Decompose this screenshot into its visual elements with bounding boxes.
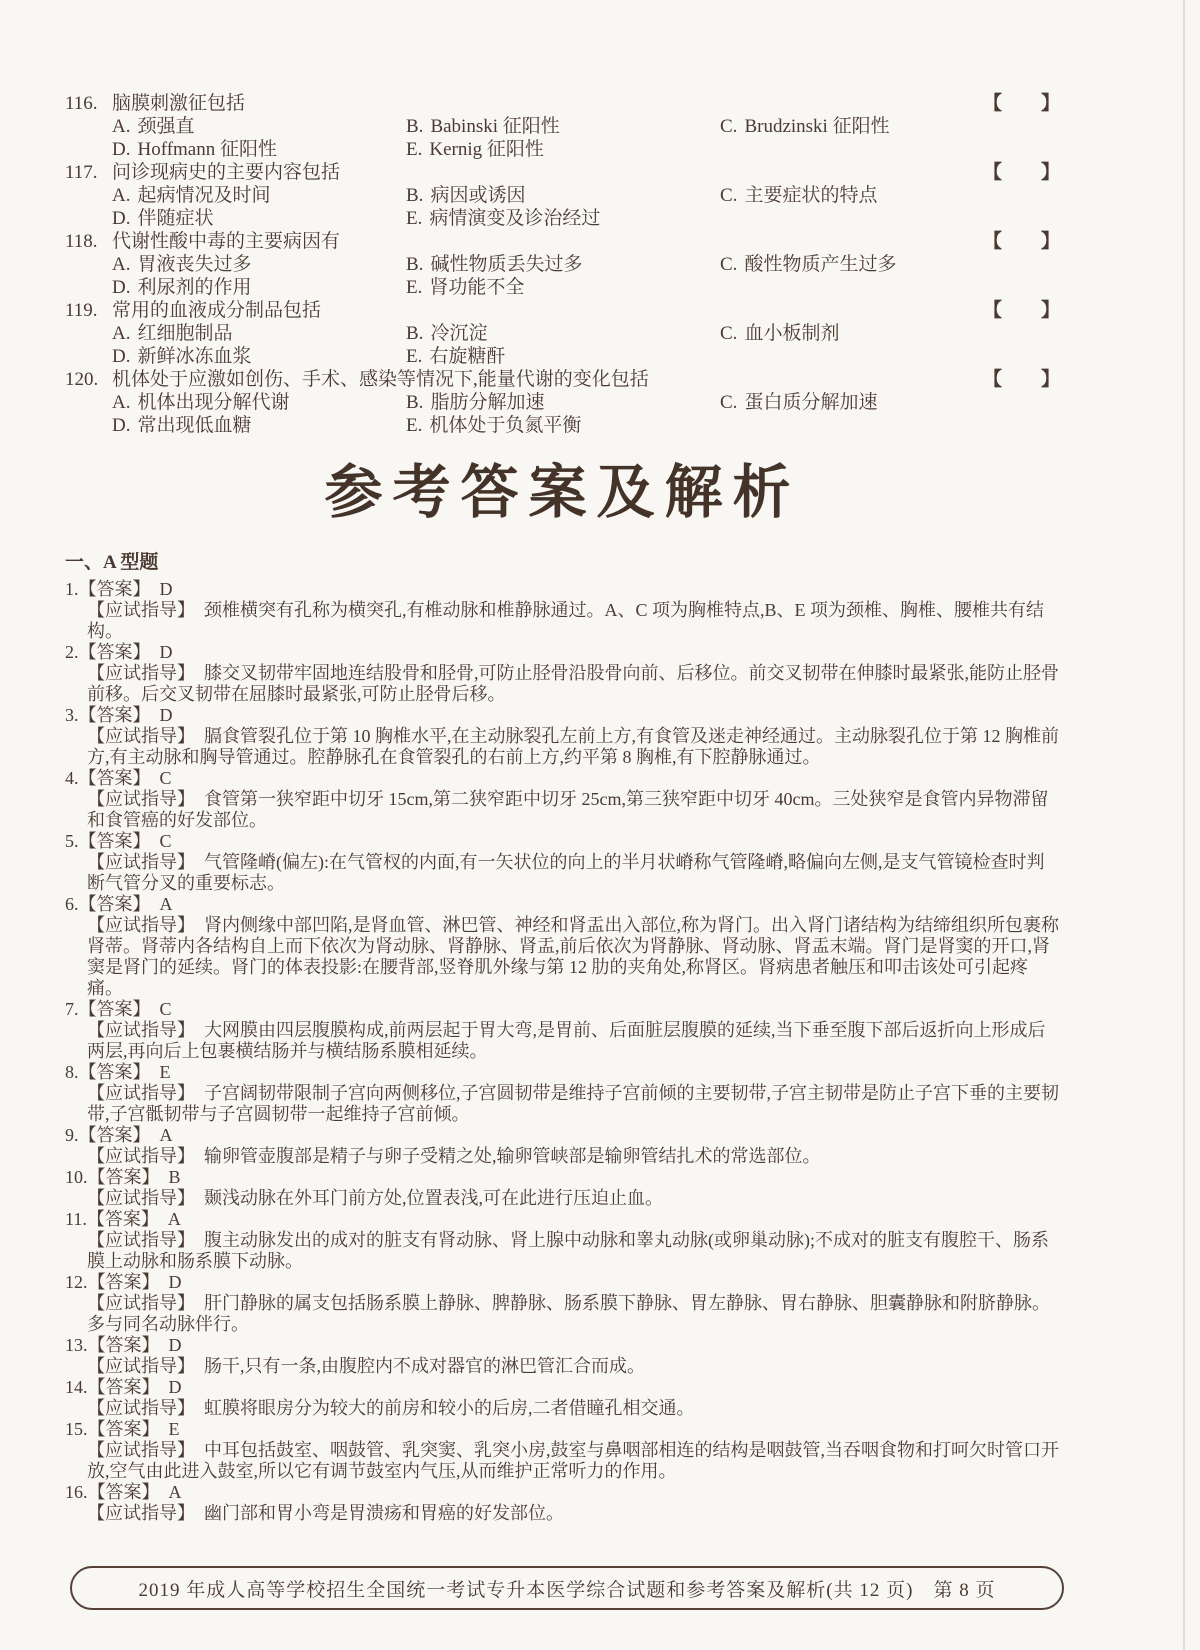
option-text: 冷沉淀 [430, 323, 487, 344]
answer-label: 【答案】 [88, 1167, 160, 1187]
questions-section: 116.脑膜刺激征包括 【 】 A.颈强直 B.Babinski 征阳性 C.B… [65, 92, 1060, 437]
footer-text: 2019 年成人高等学校招生全国统一考试专升本医学综合试题和参考答案及解析(共 … [139, 1575, 996, 1602]
option-text: 胃液丧失过多 [137, 254, 251, 275]
question-item: 118.代谢性酸中毒的主要病因有 【 】 A.胃液丧失过多 B.碱性物质丢失过多… [65, 230, 1060, 299]
question-option: E.右旋糖酐 [406, 345, 720, 368]
question-option: C.主要症状的特点 [720, 184, 1060, 207]
question-option: E.病情演变及诊治经过 [406, 207, 720, 230]
question-options: A.颈强直 B.Babinski 征阳性 C.Brudzinski 征阳性 D.… [112, 115, 1060, 161]
answer-line: 9.【答案】A [65, 1125, 1060, 1146]
answer-letter: D [169, 1272, 182, 1292]
bracket-close-mark: 】 [1041, 230, 1060, 253]
guide-line: 【应试指导】肝门静脉的属支包括肠系膜上静脉、脾静脉、肠系膜下静脉、胃左静脉、胃右… [65, 1293, 1060, 1335]
answer-letter: D [160, 579, 173, 599]
guide-label: 【应试指导】 [87, 1503, 195, 1523]
option-label: E. [406, 277, 422, 298]
guide-label: 【应试指导】 [87, 789, 195, 809]
option-label: A. [112, 116, 130, 137]
question-option: A.胃液丧失过多 [112, 253, 406, 276]
guide-text: 肝门静脉的属支包括肠系膜上静脉、脾静脉、肠系膜下静脉、胃左静脉、胃右静脉、胆囊静… [87, 1293, 1050, 1334]
guide-text: 膝交叉韧带牢固地连结股骨和胫骨,可防止胫骨沿股骨向前、后移位。前交叉韧带在伸膝时… [87, 663, 1059, 704]
question-option: A.机体出现分解代谢 [112, 391, 406, 414]
bracket-open-mark: 【 [983, 368, 1002, 391]
answer-letter: D [160, 642, 173, 662]
answer-line: 14.【答案】D [65, 1377, 1060, 1398]
answer-label: 【答案】 [79, 705, 151, 725]
question-item: 119.常用的血液成分制品包括 【 】 A.红细胞制品 B.冷沉淀 C.血小板制… [65, 299, 1060, 368]
bracket-close-mark: 】 [1041, 368, 1060, 391]
answer-letter: B [169, 1167, 181, 1187]
answer-brackets: 【 】 [983, 161, 1060, 184]
question-option: B.碱性物质丢失过多 [406, 253, 720, 276]
guide-label: 【应试指导】 [87, 726, 195, 746]
question-option: C.血小板制剂 [720, 322, 1060, 345]
guide-label: 【应试指导】 [87, 1083, 195, 1103]
answer-label: 【答案】 [88, 1377, 160, 1397]
question-item: 117.问诊现病史的主要内容包括 【 】 A.起病情况及时间 B.病因或诱因 C… [65, 161, 1060, 230]
answer-item: 14.【答案】D 【应试指导】虹膜将眼房分为较大的前房和较小的后房,二者借瞳孔相… [65, 1377, 1060, 1419]
answer-item: 15.【答案】E 【应试指导】中耳包括鼓室、咽鼓管、乳突窦、乳突小房,鼓室与鼻咽… [65, 1419, 1060, 1482]
guide-text: 幽门部和胃小弯是胃溃疡和胃癌的好发部位。 [204, 1503, 564, 1523]
answer-label: 【答案】 [88, 1419, 160, 1439]
answer-item: 12.【答案】D 【应试指导】肝门静脉的属支包括肠系膜上静脉、脾静脉、肠系膜下静… [65, 1272, 1060, 1335]
guide-text: 输卵管壶腹部是精子与卵子受精之处,输卵管峡部是输卵管结扎术的常选部位。 [204, 1146, 821, 1166]
question-option: D.利尿剂的作用 [112, 276, 406, 299]
answer-number: 6. [65, 894, 79, 914]
answer-brackets: 【 】 [983, 92, 1060, 115]
option-label: E. [406, 346, 422, 367]
option-label: B. [406, 116, 423, 137]
guide-line: 【应试指导】气管隆嵴(偏左):在气管杈的内面,有一矢状位的向上的半月状嵴称气管隆… [65, 852, 1060, 894]
question-option: B.病因或诱因 [406, 184, 720, 207]
option-text: 颈强直 [137, 116, 194, 137]
answer-letter: A [160, 894, 173, 914]
answer-number: 12. [65, 1272, 88, 1292]
option-text: 主要症状的特点 [744, 185, 877, 206]
guide-label: 【应试指导】 [87, 1440, 195, 1460]
question-stem-row: 120.机体处于应激如创伤、手术、感染等情况下,能量代谢的变化包括 【 】 [65, 368, 1060, 391]
document-page: 116.脑膜刺激征包括 【 】 A.颈强直 B.Babinski 征阳性 C.B… [0, 0, 1200, 1650]
answer-line: 10.【答案】B [65, 1167, 1060, 1188]
guide-text: 食管第一狭窄距中切牙 15cm,第二狭窄距中切牙 25cm,第三狭窄距中切牙 4… [87, 789, 1048, 830]
question-option: A.颈强直 [112, 115, 406, 138]
answer-label: 【答案】 [88, 1482, 160, 1502]
guide-line: 【应试指导】中耳包括鼓室、咽鼓管、乳突窦、乳突小房,鼓室与鼻咽部相连的结构是咽鼓… [65, 1440, 1060, 1482]
option-text: 新鲜冰冻血浆 [137, 346, 251, 367]
answer-letter: D [169, 1335, 182, 1355]
answer-item: 9.【答案】A 【应试指导】输卵管壶腹部是精子与卵子受精之处,输卵管峡部是输卵管… [65, 1125, 1060, 1167]
guide-label: 【应试指导】 [87, 1356, 195, 1376]
answer-line: 7.【答案】C [65, 999, 1060, 1020]
answer-label: 【答案】 [87, 1209, 159, 1229]
answer-letter: D [160, 705, 173, 725]
answer-brackets: 【 】 [983, 368, 1060, 391]
question-option: E.Kernig 征阳性 [406, 138, 720, 161]
question-option: A.红细胞制品 [112, 322, 406, 345]
answer-line: 5.【答案】C [65, 831, 1060, 852]
bracket-close-mark: 】 [1041, 161, 1060, 184]
answer-item: 13.【答案】D 【应试指导】肠干,只有一条,由腹腔内不成对器官的淋巴管汇合而成… [65, 1335, 1060, 1377]
option-text: 脂肪分解加速 [430, 392, 544, 413]
question-option: D.伴随症状 [112, 207, 406, 230]
question-option: D.常出现低血糖 [112, 414, 406, 437]
question-item: 120.机体处于应激如创伤、手术、感染等情况下,能量代谢的变化包括 【 】 A.… [65, 368, 1060, 437]
option-label: C. [720, 254, 737, 275]
guide-line: 【应试指导】虹膜将眼房分为较大的前房和较小的后房,二者借瞳孔相交通。 [65, 1398, 1060, 1419]
answer-number: 8. [65, 1062, 79, 1082]
bracket-open-mark: 【 [983, 161, 1002, 184]
option-text: 机体处于负氮平衡 [429, 415, 581, 436]
option-text: 利尿剂的作用 [137, 277, 251, 298]
answer-item: 16.【答案】A 【应试指导】幽门部和胃小弯是胃溃疡和胃癌的好发部位。 [65, 1482, 1060, 1524]
question-stem-row: 118.代谢性酸中毒的主要病因有 【 】 [65, 230, 1060, 253]
option-text: 酸性物质产生过多 [744, 254, 896, 275]
page-footer: 2019 年成人高等学校招生全国统一考试专升本医学综合试题和参考答案及解析(共 … [70, 1566, 1064, 1610]
answer-item: 7.【答案】C 【应试指导】大网膜由四层腹膜构成,前两层起于胃大弯,是胃前、后面… [65, 999, 1060, 1062]
guide-line: 【应试指导】食管第一狭窄距中切牙 15cm,第二狭窄距中切牙 25cm,第三狭窄… [65, 789, 1060, 831]
answer-item: 8.【答案】E 【应试指导】子宫阔韧带限制子宫向两侧移位,子宫圆韧带是维持子宫前… [65, 1062, 1060, 1125]
answer-line: 16.【答案】A [65, 1482, 1060, 1503]
guide-text: 虹膜将眼房分为较大的前房和较小的后房,二者借瞳孔相交通。 [204, 1398, 695, 1418]
option-label: B. [406, 323, 423, 344]
guide-line: 【应试指导】幽门部和胃小弯是胃溃疡和胃癌的好发部位。 [65, 1503, 1060, 1524]
guide-line: 【应试指导】子宫阔韧带限制子宫向两侧移位,子宫圆韧带是维持子宫前倾的主要韧带,子… [65, 1083, 1060, 1125]
question-stem: 代谢性酸中毒的主要病因有 [112, 231, 340, 252]
question-option: B.脂肪分解加速 [406, 391, 720, 414]
question-options: A.红细胞制品 B.冷沉淀 C.血小板制剂 D.新鲜冰冻血浆 E.右旋糖酐 [112, 322, 1060, 368]
option-label: B. [406, 254, 423, 275]
guide-text: 中耳包括鼓室、咽鼓管、乳突窦、乳突小房,鼓室与鼻咽部相连的结构是咽鼓管,当吞咽食… [87, 1440, 1059, 1481]
option-text: 机体出现分解代谢 [137, 392, 289, 413]
page-content: 116.脑膜刺激征包括 【 】 A.颈强直 B.Babinski 征阳性 C.B… [65, 92, 1060, 1524]
option-label: A. [112, 392, 130, 413]
guide-label: 【应试指导】 [87, 1020, 195, 1040]
guide-line: 【应试指导】大网膜由四层腹膜构成,前两层起于胃大弯,是胃前、后面脏层腹膜的延续,… [65, 1020, 1060, 1062]
answer-number: 9. [65, 1125, 79, 1145]
guide-text: 腹主动脉发出的成对的脏支有肾动脉、肾上腺中动脉和睾丸动脉(或卵巢动脉);不成对的… [87, 1230, 1049, 1271]
answer-brackets: 【 】 [983, 230, 1060, 253]
answer-line: 1.【答案】D [65, 579, 1060, 600]
option-text: 碱性物质丢失过多 [430, 254, 582, 275]
bracket-close-mark: 】 [1041, 92, 1060, 115]
answer-letter: E [160, 1062, 171, 1082]
option-label: C. [720, 392, 737, 413]
answer-letter: A [169, 1482, 182, 1502]
option-label: C. [720, 323, 737, 344]
option-text: 红细胞制品 [137, 323, 232, 344]
answer-number: 15. [65, 1419, 88, 1439]
guide-text: 子宫阔韧带限制子宫向两侧移位,子宫圆韧带是维持子宫前倾的主要韧带,子宫主韧带是防… [87, 1083, 1059, 1124]
answer-letter: C [160, 768, 172, 788]
option-label: D. [112, 277, 130, 298]
guide-text: 大网膜由四层腹膜构成,前两层起于胃大弯,是胃前、后面脏层腹膜的延续,当下垂至腹下… [87, 1020, 1046, 1061]
answer-number: 14. [65, 1377, 88, 1397]
option-text: 右旋糖酐 [429, 346, 505, 367]
answer-label: 【答案】 [88, 1272, 160, 1292]
question-stem-row: 117.问诊现病史的主要内容包括 【 】 [65, 161, 1060, 184]
answers-section: 一、A 型题 1.【答案】D 【应试指导】颈椎横突有孔称为横突孔,有椎动脉和椎静… [65, 551, 1060, 1524]
guide-label: 【应试指导】 [87, 663, 195, 683]
answer-letter: A [160, 1125, 173, 1145]
guide-text: 颈椎横突有孔称为横突孔,有椎动脉和椎静脉通过。A、C 项为胸椎特点,B、E 项为… [87, 600, 1044, 641]
answer-line: 13.【答案】D [65, 1335, 1060, 1356]
option-label: B. [406, 185, 423, 206]
guide-text: 气管隆嵴(偏左):在气管杈的内面,有一矢状位的向上的半月状嵴称气管隆嵴,略偏向左… [87, 852, 1045, 893]
guide-text: 颞浅动脉在外耳门前方处,位置表浅,可在此进行压迫止血。 [204, 1188, 663, 1208]
answer-number: 4. [65, 768, 79, 788]
question-stem-row: 119.常用的血液成分制品包括 【 】 [65, 299, 1060, 322]
answer-letter: E [169, 1419, 180, 1439]
answer-number: 16. [65, 1482, 88, 1502]
answer-number: 7. [65, 999, 79, 1019]
answer-number: 2. [65, 642, 79, 662]
question-number: 118. [65, 230, 112, 253]
option-text: 常出现低血糖 [137, 415, 251, 436]
answer-item: 6.【答案】A 【应试指导】肾内侧缘中部凹陷,是肾血管、淋巴管、神经和肾盂出入部… [65, 894, 1060, 999]
option-label: C. [720, 185, 737, 206]
answer-letter: A [168, 1209, 181, 1229]
question-number: 116. [65, 92, 112, 115]
guide-line: 【应试指导】膈食管裂孔位于第 10 胸椎水平,在主动脉裂孔左前上方,有食管及迷走… [65, 726, 1060, 768]
answer-number: 1. [65, 579, 79, 599]
answer-letter: D [169, 1377, 182, 1397]
option-text: 肾功能不全 [429, 277, 524, 298]
answer-brackets: 【 】 [983, 299, 1060, 322]
option-label: C. [720, 116, 737, 137]
question-stem-row: 116.脑膜刺激征包括 【 】 [65, 92, 1060, 115]
question-stem: 机体处于应激如创伤、手术、感染等情况下,能量代谢的变化包括 [112, 369, 649, 390]
option-text: 病情演变及诊治经过 [429, 208, 600, 229]
guide-text: 膈食管裂孔位于第 10 胸椎水平,在主动脉裂孔左前上方,有食管及迷走神经通过。主… [87, 726, 1059, 767]
question-option: C.Brudzinski 征阳性 [720, 115, 1060, 138]
bracket-close-mark: 】 [1041, 299, 1060, 322]
answer-label: 【答案】 [79, 999, 151, 1019]
option-text: Brudzinski 征阳性 [744, 116, 889, 137]
option-label: A. [112, 254, 130, 275]
guide-label: 【应试指导】 [87, 915, 195, 935]
option-text: Hoffmann 征阳性 [137, 139, 277, 160]
answer-item: 3.【答案】D 【应试指导】膈食管裂孔位于第 10 胸椎水平,在主动脉裂孔左前上… [65, 705, 1060, 768]
bracket-open-mark: 【 [983, 299, 1002, 322]
answer-line: 6.【答案】A [65, 894, 1060, 915]
answer-number: 10. [65, 1167, 88, 1187]
guide-line: 【应试指导】输卵管壶腹部是精子与卵子受精之处,输卵管峡部是输卵管结扎术的常选部位… [65, 1146, 1060, 1167]
answer-letter: C [160, 831, 172, 851]
question-stem: 脑膜刺激征包括 [112, 93, 245, 114]
option-text: 伴随症状 [137, 208, 213, 229]
option-text: Kernig 征阳性 [429, 139, 544, 160]
bracket-open-mark: 【 [983, 92, 1002, 115]
option-text: 蛋白质分解加速 [744, 392, 877, 413]
option-label: E. [406, 139, 422, 160]
question-options: A.机体出现分解代谢 B.脂肪分解加速 C.蛋白质分解加速 D.常出现低血糖 E… [112, 391, 1060, 437]
answer-line: 11.【答案】A [65, 1209, 1060, 1230]
question-option: E.肾功能不全 [406, 276, 720, 299]
guide-line: 【应试指导】肾内侧缘中部凹陷,是肾血管、淋巴管、神经和肾盂出入部位,称为肾门。出… [65, 915, 1060, 999]
answer-label: 【答案】 [79, 1062, 151, 1082]
option-label: D. [112, 139, 130, 160]
question-option: D.Hoffmann 征阳性 [112, 138, 406, 161]
answer-label: 【答案】 [79, 894, 151, 914]
guide-label: 【应试指导】 [87, 1188, 195, 1208]
answer-item: 10.【答案】B 【应试指导】颞浅动脉在外耳门前方处,位置表浅,可在此进行压迫止… [65, 1167, 1060, 1209]
guide-label: 【应试指导】 [87, 1398, 195, 1418]
answer-label: 【答案】 [79, 642, 151, 662]
question-number: 117. [65, 161, 112, 184]
guide-label: 【应试指导】 [87, 852, 195, 872]
option-label: D. [112, 415, 130, 436]
answer-number: 11. [65, 1209, 87, 1229]
question-options: A.胃液丧失过多 B.碱性物质丢失过多 C.酸性物质产生过多 D.利尿剂的作用 … [112, 253, 1060, 299]
page-title: 参考答案及解析 [65, 459, 1060, 527]
option-label: B. [406, 392, 423, 413]
question-option: B.Babinski 征阳性 [406, 115, 720, 138]
question-option: B.冷沉淀 [406, 322, 720, 345]
question-option: D.新鲜冰冻血浆 [112, 345, 406, 368]
option-label: D. [112, 346, 130, 367]
guide-label: 【应试指导】 [87, 1293, 195, 1313]
answer-label: 【答案】 [79, 1125, 151, 1145]
option-text: 血小板制剂 [744, 323, 839, 344]
guide-line: 【应试指导】颈椎横突有孔称为横突孔,有椎动脉和椎静脉通过。A、C 项为胸椎特点,… [65, 600, 1060, 642]
answer-number: 5. [65, 831, 79, 851]
answer-item: 11.【答案】A 【应试指导】腹主动脉发出的成对的脏支有肾动脉、肾上腺中动脉和睾… [65, 1209, 1060, 1272]
question-item: 116.脑膜刺激征包括 【 】 A.颈强直 B.Babinski 征阳性 C.B… [65, 92, 1060, 161]
answer-line: 8.【答案】E [65, 1062, 1060, 1083]
answer-number: 13. [65, 1335, 88, 1355]
question-stem: 常用的血液成分制品包括 [112, 300, 321, 321]
guide-text: 肠干,只有一条,由腹腔内不成对器官的淋巴管汇合而成。 [204, 1356, 645, 1376]
guide-label: 【应试指导】 [87, 1146, 195, 1166]
answers-list: 1.【答案】D 【应试指导】颈椎横突有孔称为横突孔,有椎动脉和椎静脉通过。A、C… [65, 579, 1060, 1524]
answer-label: 【答案】 [88, 1335, 160, 1355]
section-heading: 一、A 型题 [65, 551, 1060, 575]
answer-line: 3.【答案】D [65, 705, 1060, 726]
option-label: A. [112, 185, 130, 206]
question-number: 120. [65, 368, 112, 391]
answer-label: 【答案】 [79, 768, 151, 788]
option-text: Babinski 征阳性 [430, 116, 559, 137]
guide-line: 【应试指导】颞浅动脉在外耳门前方处,位置表浅,可在此进行压迫止血。 [65, 1188, 1060, 1209]
answer-item: 5.【答案】C 【应试指导】气管隆嵴(偏左):在气管杈的内面,有一矢状位的向上的… [65, 831, 1060, 894]
question-stem: 问诊现病史的主要内容包括 [112, 162, 340, 183]
bracket-open-mark: 【 [983, 230, 1002, 253]
question-option: C.蛋白质分解加速 [720, 391, 1060, 414]
answer-line: 2.【答案】D [65, 642, 1060, 663]
answer-label: 【答案】 [79, 831, 151, 851]
answer-item: 2.【答案】D 【应试指导】膝交叉韧带牢固地连结股骨和胫骨,可防止胫骨沿股骨向前… [65, 642, 1060, 705]
guide-label: 【应试指导】 [87, 1230, 195, 1250]
option-text: 起病情况及时间 [137, 185, 270, 206]
question-options: A.起病情况及时间 B.病因或诱因 C.主要症状的特点 D.伴随症状 E.病情演… [112, 184, 1060, 230]
guide-line: 【应试指导】肠干,只有一条,由腹腔内不成对器官的淋巴管汇合而成。 [65, 1356, 1060, 1377]
guide-line: 【应试指导】腹主动脉发出的成对的脏支有肾动脉、肾上腺中动脉和睾丸动脉(或卵巢动脉… [65, 1230, 1060, 1272]
answer-number: 3. [65, 705, 79, 725]
option-label: D. [112, 208, 130, 229]
option-label: E. [406, 208, 422, 229]
question-option: A.起病情况及时间 [112, 184, 406, 207]
answer-item: 4.【答案】C 【应试指导】食管第一狭窄距中切牙 15cm,第二狭窄距中切牙 2… [65, 768, 1060, 831]
answer-line: 4.【答案】C [65, 768, 1060, 789]
answer-item: 1.【答案】D 【应试指导】颈椎横突有孔称为横突孔,有椎动脉和椎静脉通过。A、C… [65, 579, 1060, 642]
guide-text: 肾内侧缘中部凹陷,是肾血管、淋巴管、神经和肾盂出入部位,称为肾门。出入肾门诸结构… [87, 915, 1059, 998]
answer-line: 15.【答案】E [65, 1419, 1060, 1440]
question-option: E.机体处于负氮平衡 [406, 414, 720, 437]
option-text: 病因或诱因 [430, 185, 525, 206]
guide-label: 【应试指导】 [87, 600, 195, 620]
answer-line: 12.【答案】D [65, 1272, 1060, 1293]
guide-line: 【应试指导】膝交叉韧带牢固地连结股骨和胫骨,可防止胫骨沿股骨向前、后移位。前交叉… [65, 663, 1060, 705]
answer-label: 【答案】 [79, 579, 151, 599]
question-option: C.酸性物质产生过多 [720, 253, 1060, 276]
option-label: A. [112, 323, 130, 344]
answer-letter: C [160, 999, 172, 1019]
question-number: 119. [65, 299, 112, 322]
option-label: E. [406, 415, 422, 436]
